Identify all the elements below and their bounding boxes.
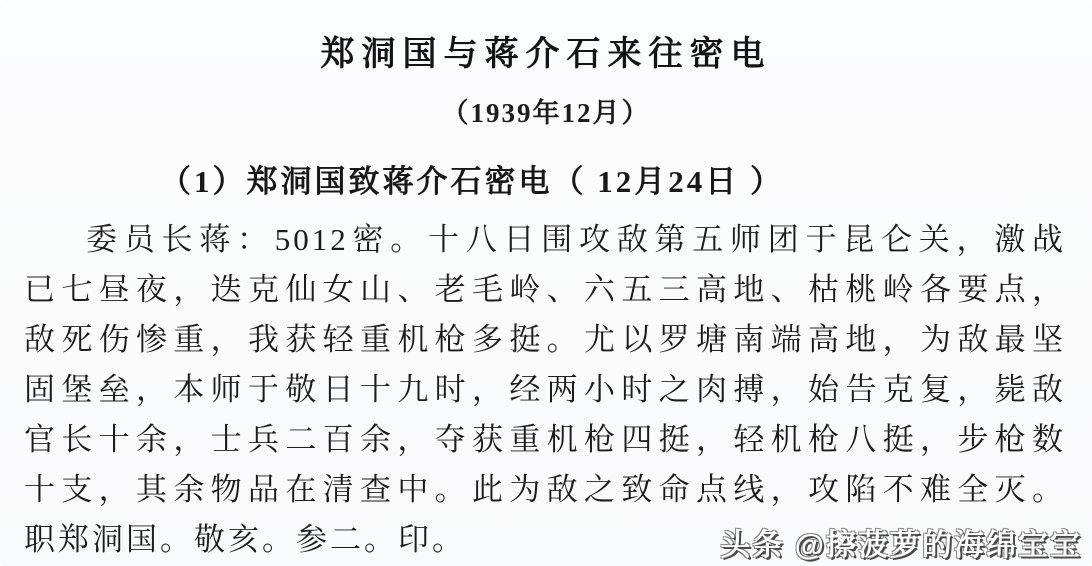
document-date-subtitle: （1939年12月） [0,91,1092,130]
toutiao-watermark: 头条 @擦菠萝的海绵宝宝 [720,520,1082,564]
scanned-document-page: 郑洞国与蒋介石来往密电 （1939年12月） （1）郑洞国致蒋介石密电（ 12月… [0,0,1092,566]
document-title: 郑洞国与蒋介石来往密电 [0,26,1092,75]
telegram-body-line: 官长十余，士兵二百余，夺获重机枪四挺，轻机枪八挺，步枪数 [24,415,1066,465]
telegram-body-line: 固堡垒，本师于敬日十九时，经两小时之肉搏，始告克复，毙敌 [24,365,1066,415]
telegram-section-heading: （1）郑洞国致蒋介石密电（ 12月24日 ） [0,156,1092,201]
telegram-body: 委员长蒋：5012密。十八日围攻敌第五师团于昆仑关，激战 已七昼夜，迭克仙女山、… [0,215,1092,565]
telegram-body-line: 已七昼夜，迭克仙女山、老毛岭、六五三高地、枯桃岭各要点， [24,265,1066,315]
telegram-body-line: 敌死伤惨重，我获轻重机枪多挺。尤以罗塘南端高地，为敌最坚 [24,315,1066,365]
telegram-body-line: 十支，其余物品在清查中。此为敌之致命点线，攻陷不难全灭。 [24,465,1066,515]
telegram-body-line: 委员长蒋：5012密。十八日围攻敌第五师团于昆仑关，激战 [24,215,1066,265]
